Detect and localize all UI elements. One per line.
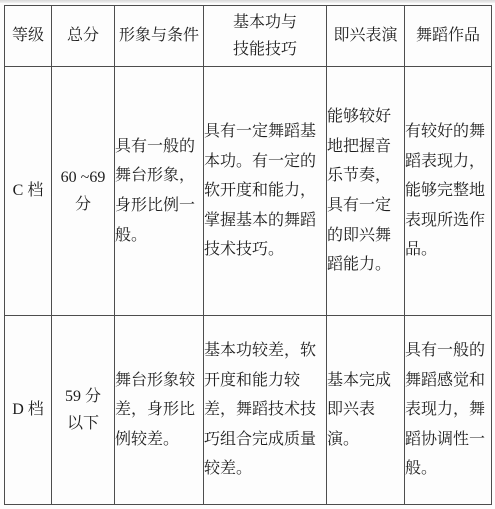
cell-c-grade: C 档 [5,67,52,316]
grading-rubric-table: 等级 总分 形象与条件 基本功与 技能技巧 即兴表演 舞蹈作品 C 档 60 ~… [4,5,492,505]
header-improvisation: 即兴表演 [327,6,405,67]
header-total-score: 总分 [52,6,115,67]
cell-d-grade: D 档 [5,316,52,505]
header-basic-skills: 基本功与 技能技巧 [204,6,327,67]
table-row-grade-d: D 档 59 分 以下 舞台形象较差，身形比例较差。 基本功较差，软开度和能力较… [5,316,492,505]
cell-d-score: 59 分 以下 [52,316,115,505]
cell-c-image: 具有一般的舞台形象，身形比例一般。 [115,67,204,316]
cell-c-works: 有较好的舞蹈表现力，能够完整地表现所选作品。 [405,67,492,316]
cell-d-skills: 基本功较差，软开度和能力较差，舞蹈技术技巧组合完成质量较差。 [204,316,327,505]
header-grade: 等级 [5,6,52,67]
cell-c-improvisation: 能够较好地把握音乐节奏，具有一定的即兴舞蹈能力。 [327,67,405,316]
cell-d-image: 舞台形象较差，身形比例较差。 [115,316,204,505]
cell-c-score: 60 ~69 分 [52,67,115,316]
header-dance-works: 舞蹈作品 [405,6,492,67]
table-row-grade-c: C 档 60 ~69 分 具有一般的舞台形象，身形比例一般。 具有一定舞蹈基本功… [5,67,492,316]
header-image-conditions: 形象与条件 [115,6,204,67]
scan-artifact-top [0,0,495,3]
table-header-row: 等级 总分 形象与条件 基本功与 技能技巧 即兴表演 舞蹈作品 [5,6,492,67]
cell-c-skills: 具有一定舞蹈基本功。有一定的软开度和能力，掌握基本的舞蹈技术技巧。 [204,67,327,316]
document-page: 等级 总分 形象与条件 基本功与 技能技巧 即兴表演 舞蹈作品 C 档 60 ~… [0,0,495,509]
cell-d-works: 具有一般的舞蹈感觉和表现力，舞蹈协调性一般。 [405,316,492,505]
cell-d-improvisation: 基本完成即兴表演。 [327,316,405,505]
